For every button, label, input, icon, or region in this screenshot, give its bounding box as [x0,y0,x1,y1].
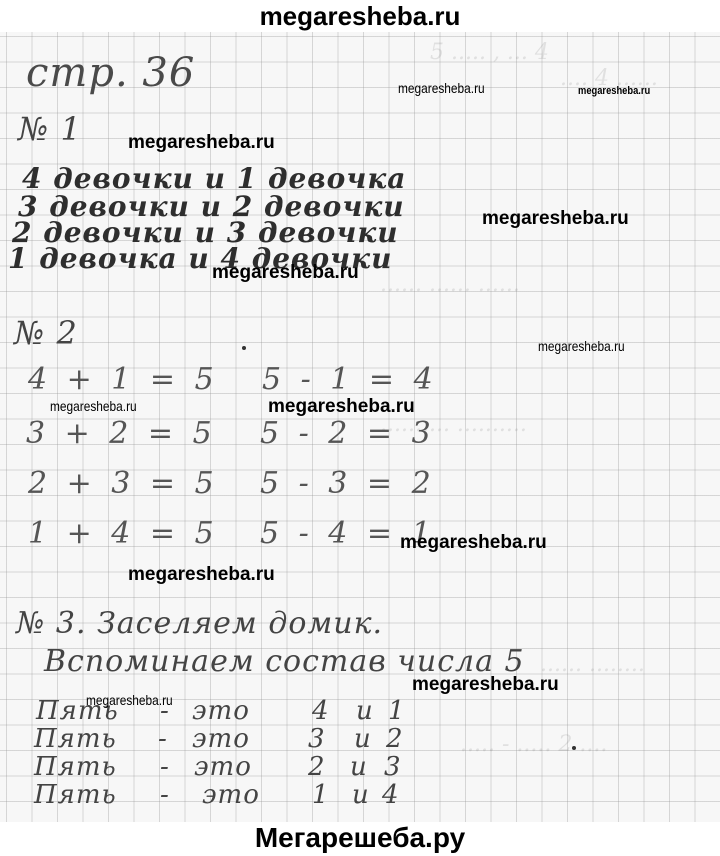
watermark: megaresheba.ru [412,674,559,696]
ink-dot [572,746,576,750]
row-eto: это [194,752,252,782]
row-and: и [352,780,370,810]
watermark: megaresheba.ru [538,338,625,354]
notebook-page: 5 ..... , ... 4 .... 4 ...... ...... ...… [0,32,720,822]
watermark: megaresheba.ru [50,398,137,414]
watermark: megaresheba.ru [268,396,415,418]
row-eto: это [202,780,260,810]
row-dash: - [160,780,170,810]
row-b: 1 [388,696,406,726]
subtraction-equation: 5 - 3 = 2 [260,466,432,501]
row-eto: это [192,724,250,754]
subtraction-equation: 5 - 2 = 3 [260,416,432,451]
show-through-text: ..... - ..... 2 .... [460,732,607,757]
watermark: megaresheba.ru [482,208,629,230]
task2-label: № 2 [14,314,78,352]
site-header-banner: megaresheba.ru [0,0,720,32]
site-footer-banner: Мегарешеба.ру [0,820,720,856]
row-b: 2 [386,724,404,754]
row-dash: - [158,724,168,754]
watermark: megaresheba.ru [128,564,275,586]
row-word: Пять [34,724,117,754]
row-b: 3 [384,752,402,782]
show-through-text: ...... ...... ...... [380,272,520,297]
subtraction-equation: 5 - 1 = 4 [262,362,434,397]
task3-label: № 3. Заселяем домик. [16,606,383,641]
watermark: megaresheba.ru [578,85,650,97]
addition-equation: 3 + 2 = 5 [26,416,213,451]
row-a: 1 [312,780,330,810]
row-eto: это [192,696,250,726]
row-a: 3 [308,724,326,754]
row-word: Пять [34,780,117,810]
watermark: megaresheba.ru [398,80,485,96]
page-title: стр. 36 [26,50,195,96]
watermark: megaresheba.ru [86,692,173,708]
addition-equation: 1 + 4 = 5 [28,516,215,551]
watermark: megaresheba.ru [400,532,547,554]
row-a: 2 [308,752,326,782]
row-a: 4 [312,696,330,726]
addition-equation: 4 + 1 = 5 [28,362,215,397]
row-dash: - [160,752,170,782]
ink-dot [242,346,246,350]
row-word: Пять [34,752,117,782]
task1-label: № 1 [18,110,82,148]
watermark: megaresheba.ru [128,132,275,154]
show-through-text: 5 ..... , ... 4 [430,40,549,65]
row-b: 4 [382,780,400,810]
row-and: и [356,696,374,726]
watermark: megaresheba.ru [212,262,359,284]
row-and: и [354,724,372,754]
row-and: и [350,752,368,782]
addition-equation: 2 + 3 = 5 [28,466,215,501]
